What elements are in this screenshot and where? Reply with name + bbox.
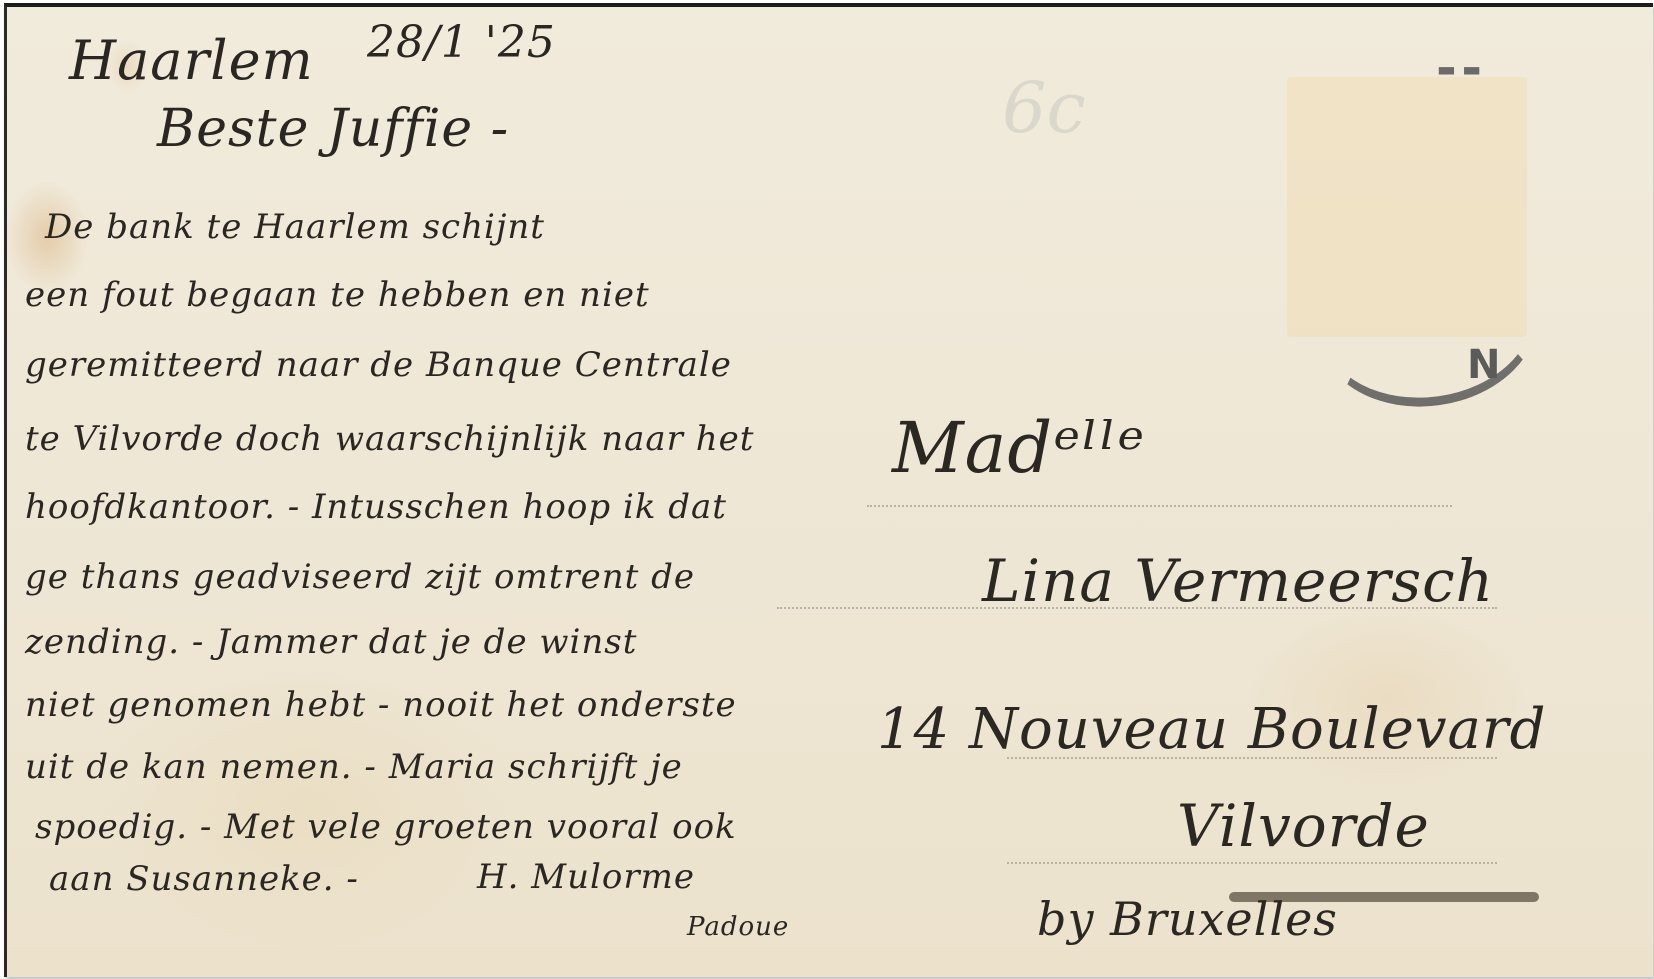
date-heading: 28/1 '25 — [367, 17, 556, 68]
signature-place: Padoue — [687, 912, 789, 942]
pencil-note: 6c — [1002, 67, 1086, 149]
recipient-region: by Bruxelles — [1037, 892, 1338, 946]
recipient-street: 14 Nouveau Boulevard — [877, 697, 1547, 762]
salutation: Beste Juffie - — [157, 99, 509, 159]
message-line: hoofdkantoor. - Intusschen hoop ik dat — [25, 487, 727, 527]
message-line: ge thans geadviseerd zijt omtrent de — [25, 557, 695, 597]
message-line: te Vilvorde doch waarschijnlijk naar het — [25, 419, 754, 459]
message-line: De bank te Haarlem schijnt — [45, 207, 545, 247]
message-line: spoedig. - Met vele groeten vooral ook — [35, 807, 737, 847]
address-line-1 — [867, 505, 1452, 507]
message-line: zending. - Jammer dat je de winst — [25, 622, 637, 662]
place-heading: Haarlem — [69, 29, 314, 92]
message-line: geremitteerd naar de Banque Centrale — [25, 345, 732, 385]
postmark-fragment: ▬ ▬ — [1437, 57, 1481, 81]
message-line: een fout begaan te hebben en niet — [25, 275, 650, 315]
recipient-name: Lina Vermeersch — [982, 547, 1494, 615]
postmark-text: N — [1467, 342, 1500, 388]
message-line: aan Susanneke. - — [49, 859, 359, 899]
recipient-city: Vilvorde — [1177, 792, 1430, 860]
postcard-back: Haarlem 28/1 '25 Beste Juffie - De bank … — [4, 3, 1653, 977]
message-line: uit de kan nemen. - Maria schrijft je — [25, 747, 683, 787]
address-line-4 — [1007, 862, 1497, 864]
signature: H. Mulorme — [477, 857, 695, 897]
message-line: niet genomen hebt - nooit het onderste — [25, 685, 737, 725]
recipient-title: Madᵉˡˡᵉ — [892, 407, 1145, 489]
